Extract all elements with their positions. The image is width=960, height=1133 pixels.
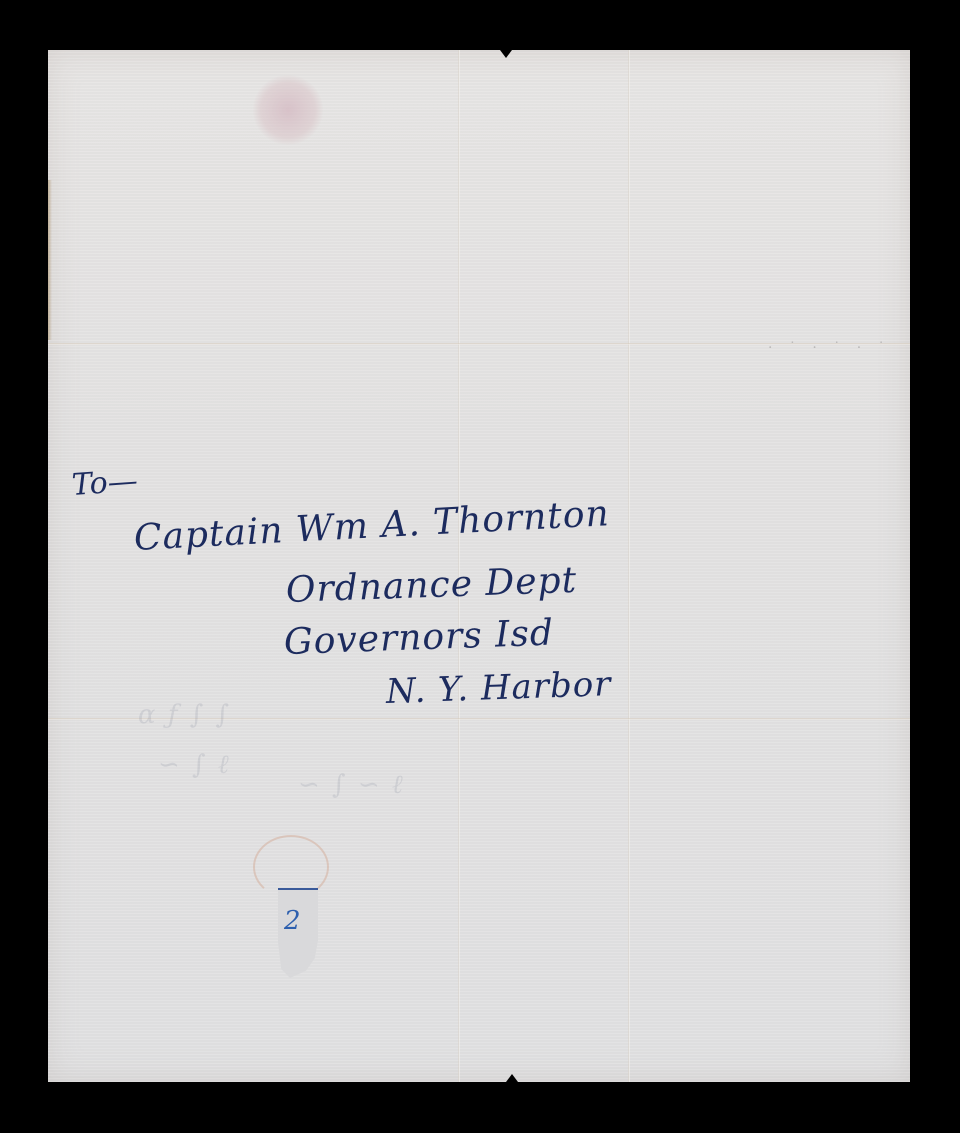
address-region: N. Y. Harbor [385,664,612,712]
letter-paper: 2 ɑ ƒ ∫ ∫ ∽ ∫ ℓ ∽ ∫ ∽ ℓ · ˙ · ˙ · ˙ To— … [48,50,910,1082]
address-salutation: To— [71,463,139,503]
address-block: To— Captain Wm A. Thornton Ordnance Dept… [48,50,910,1082]
address-department: Ordnance Dept [285,560,577,611]
address-location: Governors Isd [283,613,554,663]
address-recipient: Captain Wm A. Thornton [133,493,611,559]
